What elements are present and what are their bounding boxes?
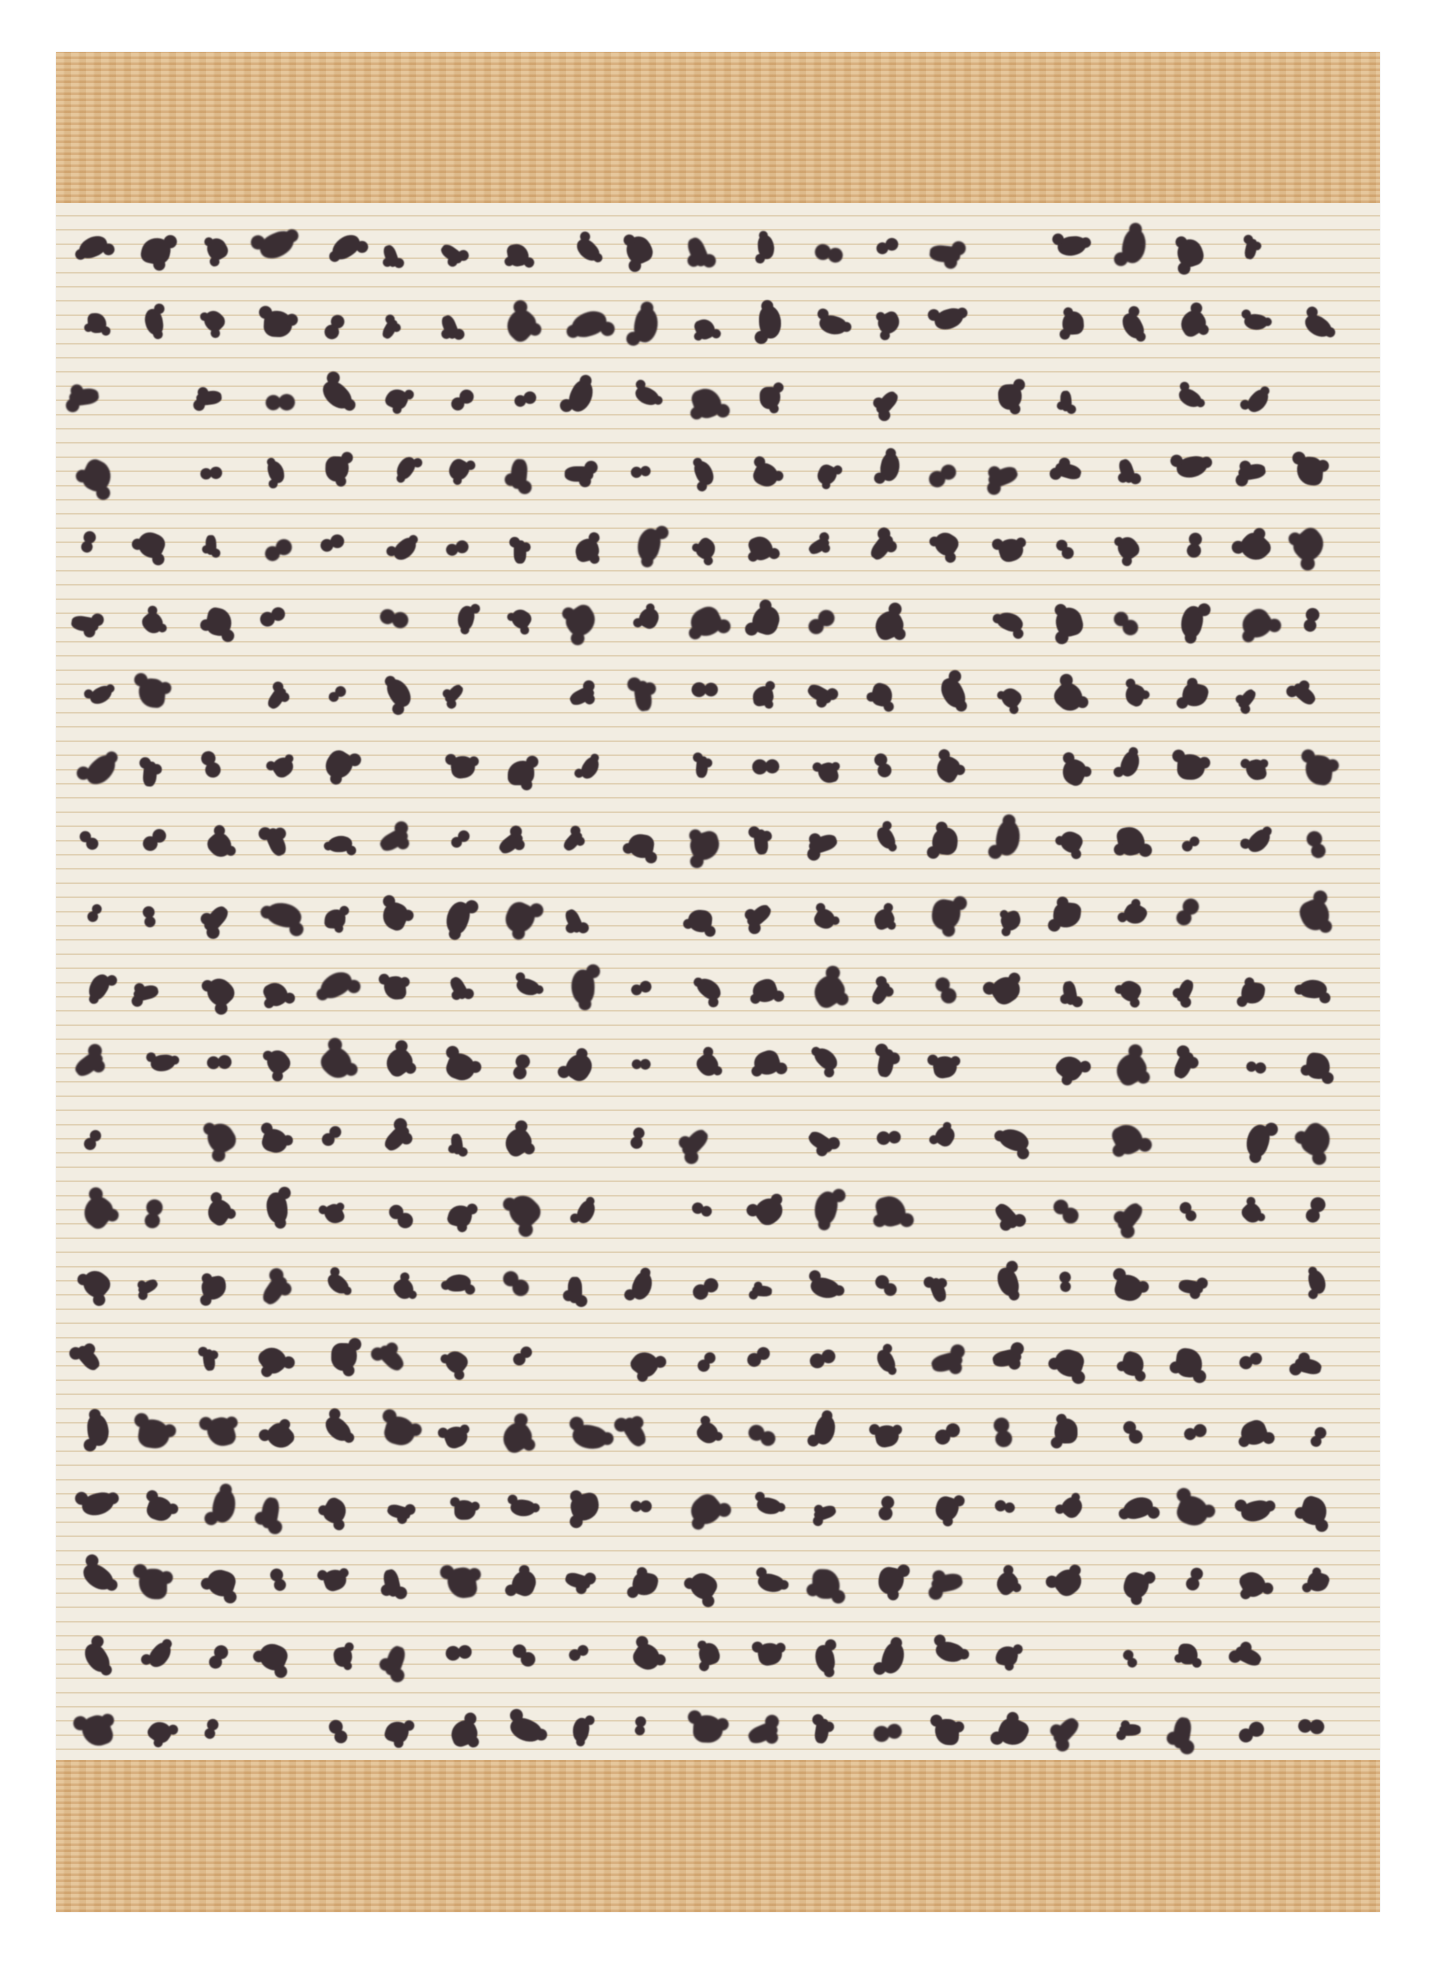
rug-spot	[811, 1044, 841, 1074]
rug-spot	[501, 1125, 537, 1160]
rug-spot	[811, 1189, 842, 1227]
rug-spot	[934, 1718, 959, 1745]
rug-spot	[1056, 828, 1085, 856]
rug-spot	[441, 1347, 471, 1376]
rug-spot	[1116, 978, 1144, 1005]
rug-spot	[196, 390, 223, 407]
rug-spot	[685, 1569, 720, 1604]
rug-spot	[1237, 1347, 1265, 1375]
rug-spot	[1238, 1418, 1271, 1449]
rug-spot	[871, 608, 908, 643]
rug-spot	[998, 684, 1025, 710]
rug-spot	[132, 984, 159, 1003]
rug-spot	[568, 1491, 602, 1523]
rug-spot	[806, 607, 835, 636]
rug-spot	[692, 1715, 723, 1743]
rug-spot	[502, 1270, 528, 1296]
rug-spot	[693, 974, 724, 1004]
rug-spot	[877, 1639, 908, 1676]
rug-spot	[869, 682, 895, 709]
rug-spot	[318, 375, 356, 414]
rug-spot	[634, 526, 665, 564]
rug-spot	[1296, 1119, 1336, 1160]
rug-spot	[1306, 1425, 1328, 1447]
rug-spot	[1179, 529, 1210, 560]
rug-spot	[381, 243, 400, 268]
rug-spot	[752, 1285, 772, 1297]
rug-spot	[874, 309, 902, 337]
rug-spot	[995, 608, 1026, 635]
rug-spot	[1121, 1495, 1155, 1521]
rug-spot	[139, 609, 167, 637]
rug-spot	[562, 1049, 597, 1084]
rug-spot	[503, 1189, 545, 1231]
rug-spot	[574, 1198, 600, 1226]
bottom-border-band	[56, 1760, 1380, 1912]
rug-spot	[876, 1047, 896, 1077]
rug-spot	[1171, 1050, 1196, 1081]
rug-spot	[137, 677, 166, 708]
rug-spot	[811, 1413, 839, 1447]
rug-spot	[390, 1275, 417, 1302]
rug-spot	[1243, 312, 1269, 331]
rug-spot	[1052, 901, 1082, 929]
rug-spot	[1113, 1272, 1146, 1304]
rug-spot	[697, 1352, 717, 1372]
rug-spot	[812, 906, 839, 932]
rug-spot	[328, 230, 364, 262]
rug-spot	[383, 1719, 411, 1746]
rug-spot	[142, 761, 158, 787]
rug-spot	[145, 1717, 175, 1746]
rug-spot	[696, 1641, 722, 1668]
rug-spot	[812, 1503, 837, 1522]
rug-spot	[322, 1126, 343, 1147]
rug-spot	[808, 1274, 842, 1302]
rug-spot	[446, 1566, 479, 1601]
rug-spot	[687, 909, 713, 933]
rug-spot	[81, 1640, 113, 1677]
rug-spot	[874, 824, 898, 851]
rug-spot	[382, 1568, 402, 1598]
rug-spot	[692, 458, 717, 488]
rug-spot	[636, 604, 662, 631]
rug-spot	[379, 899, 412, 933]
rug-spot	[78, 456, 116, 495]
rug-spot	[1061, 980, 1078, 1006]
rug-spot	[79, 830, 99, 850]
rug-spot	[1233, 1644, 1264, 1669]
rug-spot	[752, 685, 776, 708]
rug-spot	[993, 819, 1024, 858]
rug-spot	[633, 680, 653, 712]
rug-spot	[77, 1266, 113, 1302]
rug-spot	[1237, 605, 1276, 644]
rug-spot	[817, 312, 849, 338]
rug-spot	[205, 535, 216, 555]
rug-spot	[331, 1343, 357, 1371]
rug-spot	[1061, 311, 1084, 336]
rug-spot	[873, 1493, 903, 1523]
rug-spot	[455, 604, 477, 632]
rug-spot	[1121, 1570, 1152, 1602]
rug-spot	[994, 1714, 1031, 1750]
rug-spot	[139, 235, 172, 267]
rug-spot	[1054, 1199, 1079, 1224]
rug-spot	[320, 1495, 351, 1527]
rug-spot	[1058, 756, 1089, 788]
rug	[56, 52, 1380, 1912]
rug-spot	[749, 603, 783, 638]
rug-spot	[318, 529, 347, 558]
rug-spot	[874, 1123, 904, 1153]
rug-spot	[1176, 385, 1204, 412]
rug-spot	[512, 1643, 536, 1667]
rug-spot	[1305, 1570, 1331, 1595]
rug-spot	[685, 235, 711, 268]
rug-spot	[145, 1639, 176, 1671]
rug-spot	[756, 1571, 787, 1596]
rug-spot	[269, 753, 296, 780]
rug-spot	[442, 898, 474, 937]
rug-spot	[746, 533, 775, 563]
rug-spot	[507, 1713, 546, 1747]
rug-spot	[1295, 1710, 1327, 1742]
rug-spot	[570, 969, 595, 1005]
rug-spot	[996, 536, 1026, 564]
rug-spot	[77, 1192, 117, 1233]
rug-spot	[1182, 1566, 1209, 1593]
rug-spot	[622, 233, 656, 268]
rug-spot	[750, 460, 781, 490]
rug-spot	[76, 233, 110, 262]
rug-spot	[69, 387, 100, 407]
rug-spot	[497, 829, 526, 856]
rug-spot	[85, 903, 105, 923]
rug-spot	[876, 1565, 906, 1596]
rug-spot	[1172, 1717, 1193, 1750]
rug-spot	[324, 909, 346, 929]
rug-spot	[629, 1052, 653, 1076]
rug-spot	[204, 1415, 238, 1450]
rug-spot	[209, 1487, 240, 1525]
rug-spot	[321, 1566, 349, 1593]
rug-spot	[695, 756, 708, 779]
rug-spot	[1296, 456, 1324, 486]
rug-spot	[685, 1489, 726, 1530]
rug-spot	[1115, 1200, 1146, 1234]
rug-spot	[322, 1202, 346, 1227]
rug-spot	[744, 902, 773, 930]
rug-spot	[565, 466, 594, 481]
rug-spot	[749, 750, 783, 784]
rug-spot	[73, 1343, 102, 1373]
rug-spot	[450, 1133, 464, 1155]
rug-spot	[256, 228, 298, 263]
rug-spot	[807, 1344, 838, 1375]
rug-spot	[1119, 1350, 1146, 1378]
rug-spot	[816, 761, 840, 786]
rug-spot	[393, 453, 420, 481]
rug-spot	[1244, 758, 1268, 783]
rug-spot	[1176, 455, 1209, 480]
rug-spot	[75, 529, 101, 555]
rug-spot	[927, 460, 959, 492]
rug-spot	[628, 1269, 656, 1302]
rug-spot	[514, 540, 526, 563]
rug-spot	[444, 1051, 479, 1085]
rug-spot	[1238, 462, 1267, 481]
rug-spot	[87, 1414, 109, 1447]
rug-spot	[1114, 533, 1143, 562]
rug-spot	[992, 1201, 1021, 1231]
rug-spot	[382, 1644, 407, 1678]
rug-spot	[807, 833, 839, 857]
rug-spot	[383, 975, 407, 1001]
rug-spot	[202, 1119, 240, 1158]
rug-spot	[997, 384, 1022, 411]
rug-spot	[82, 1129, 104, 1151]
rug-spot	[628, 1714, 652, 1738]
rug-spot	[137, 1417, 172, 1450]
rug-spot	[759, 386, 780, 409]
rug-spot	[1119, 1648, 1140, 1669]
rug-spot	[328, 684, 348, 704]
rug-spot	[144, 1494, 175, 1524]
rug-spot	[691, 1274, 721, 1304]
rug-spot	[1115, 824, 1147, 857]
rug-spot	[689, 385, 725, 422]
rug-spot	[1237, 1567, 1269, 1600]
rug-spot	[930, 1572, 964, 1595]
rug-spot	[873, 233, 900, 260]
rug-spot	[875, 1275, 897, 1297]
rug-spot	[573, 536, 602, 563]
rug-spot	[197, 459, 224, 486]
rug-spot	[321, 747, 357, 784]
rug-spot	[205, 1644, 231, 1670]
rug-spot	[1053, 461, 1082, 482]
rug-spot	[569, 308, 610, 340]
rug-spot	[932, 753, 964, 785]
rug-spot	[875, 1347, 899, 1375]
rug-spot	[686, 603, 725, 641]
rug-spot	[262, 534, 294, 566]
rug-spot	[932, 1122, 958, 1148]
rug-spot	[937, 675, 968, 712]
rug-spot	[514, 976, 542, 1000]
rug-spot	[931, 1055, 958, 1080]
rug-spot	[570, 1421, 610, 1453]
rug-spot	[759, 306, 781, 339]
rug-spot	[929, 897, 962, 932]
rug-spot	[438, 242, 465, 266]
rug-spot	[200, 1717, 224, 1741]
rug-spot	[70, 615, 99, 634]
rug-spot	[931, 826, 959, 856]
rug-spot	[322, 314, 349, 341]
rug-spot	[995, 1266, 1022, 1299]
rug-spot	[1181, 833, 1201, 853]
rug-spot	[450, 828, 471, 849]
rug-spot	[1175, 978, 1196, 1005]
rug-spot	[150, 1054, 176, 1072]
rug-spot	[381, 1044, 417, 1079]
rug-spot	[137, 1278, 160, 1298]
rug-spot	[1301, 310, 1334, 342]
rug-spot	[81, 1490, 117, 1517]
rug-spot	[1054, 1418, 1077, 1443]
rug-spot	[1050, 1715, 1082, 1747]
rug-spot	[633, 383, 662, 409]
rug-spot	[1057, 235, 1087, 256]
rug-spot	[573, 235, 603, 265]
rug-spot	[564, 377, 598, 416]
rug-spot	[747, 1421, 778, 1452]
rug-spot	[746, 1719, 780, 1746]
rug-spot	[577, 754, 603, 781]
rug-spot	[1239, 1200, 1266, 1227]
rug-spot	[262, 383, 299, 420]
rug-spot	[1119, 310, 1147, 342]
rug-spot	[1306, 1269, 1327, 1296]
rug-spot	[317, 1042, 358, 1083]
rug-spot	[688, 674, 721, 707]
rug-spot	[933, 1494, 961, 1523]
rug-spot	[568, 1277, 583, 1304]
rug-spot	[561, 602, 601, 641]
rug-spot	[870, 906, 896, 931]
rug-spot	[1244, 238, 1259, 261]
rug-spot	[630, 1570, 659, 1597]
rug-spot	[932, 306, 965, 333]
rug-spot	[930, 975, 961, 1006]
spotted-field	[56, 203, 1380, 1760]
rug-spot	[136, 1197, 171, 1232]
rug-spot	[261, 978, 291, 1009]
rug-spot	[1298, 978, 1328, 1000]
rug-spot	[389, 534, 420, 563]
rug-spot	[506, 1052, 536, 1082]
rug-spot	[991, 1348, 1022, 1369]
rug-spot	[266, 1191, 288, 1223]
rug-spot	[1117, 748, 1143, 779]
rug-spot	[1300, 1195, 1329, 1224]
rug-spot	[934, 1420, 963, 1449]
rug-spot	[263, 1419, 298, 1454]
rug-spot	[1054, 538, 1076, 560]
rug-spot	[567, 684, 595, 707]
rug-spot	[928, 1276, 949, 1303]
rug-spot	[628, 1346, 663, 1380]
rug-spot	[72, 1049, 106, 1080]
rug-spot	[511, 385, 538, 412]
rug-spot	[454, 1500, 476, 1520]
rug-spot	[136, 904, 162, 930]
rug-spot	[630, 1640, 665, 1674]
rug-spot	[1049, 1564, 1085, 1600]
rug-spot	[449, 387, 474, 412]
rug-spot	[263, 826, 288, 858]
rug-spot	[377, 826, 410, 854]
rug-spot	[753, 829, 769, 855]
rug-spot	[79, 1559, 117, 1596]
rug-spot	[265, 685, 288, 711]
rug-spot	[930, 1350, 964, 1375]
rug-spot	[201, 904, 231, 935]
rug-spot	[1119, 1724, 1141, 1736]
rug-spot	[1120, 900, 1149, 928]
rug-spot	[874, 1193, 909, 1230]
rug-spot	[1298, 1494, 1330, 1528]
rug-spot	[442, 1423, 471, 1451]
rug-spot	[134, 528, 168, 561]
rug-spot	[1178, 1644, 1197, 1665]
rug-spot	[808, 971, 850, 1012]
rug-spot	[325, 1270, 352, 1298]
rug-spot	[256, 1342, 291, 1378]
rug-spot	[1177, 753, 1205, 779]
rug-spot	[375, 1343, 406, 1374]
rug-spot	[200, 1275, 228, 1302]
rug-spot	[628, 1493, 654, 1519]
rug-spot	[813, 1643, 836, 1674]
rug-spot	[1122, 682, 1148, 709]
rug-spot	[873, 388, 900, 417]
rug-spot	[447, 1717, 480, 1749]
rug-spot	[202, 1349, 216, 1372]
rug-spot	[1290, 681, 1318, 708]
rug-spot	[260, 1272, 291, 1307]
rug-spot	[1178, 1278, 1204, 1295]
rug-spot	[868, 531, 896, 562]
rug-spot	[203, 1196, 235, 1229]
rug-spot	[1288, 524, 1330, 566]
rug-spot	[440, 313, 461, 340]
rug-spot	[563, 907, 585, 934]
rug-spot	[1120, 1419, 1146, 1445]
rug-spot	[757, 234, 774, 259]
rug-spot	[263, 311, 293, 339]
rug-spot	[1175, 1347, 1205, 1379]
rug-spot	[806, 536, 830, 557]
rug-spot	[260, 1127, 291, 1156]
rug-spot	[561, 829, 584, 853]
rug-spot	[497, 1418, 536, 1456]
rug-spot	[194, 748, 227, 781]
rug-spot	[812, 237, 846, 271]
rug-spot	[933, 1639, 966, 1667]
rug-spot	[629, 975, 654, 1000]
rug-spot	[1060, 391, 1072, 412]
rug-spot	[203, 1047, 234, 1078]
rug-spot	[257, 602, 287, 632]
rug-spot	[751, 1193, 788, 1229]
rug-spot	[78, 1712, 115, 1751]
rug-spot	[1118, 226, 1149, 265]
rug-spot	[1181, 1418, 1209, 1446]
rug-spot	[383, 385, 411, 412]
rug-spot	[204, 1567, 238, 1600]
rug-spot	[1173, 1492, 1212, 1529]
rug-spot	[328, 836, 352, 852]
rug-spot	[1176, 306, 1210, 339]
rug-spot	[994, 1644, 1019, 1668]
rug-spot	[1296, 605, 1325, 634]
rug-spot	[506, 242, 531, 268]
rug-spot	[443, 534, 471, 562]
rug-spot	[1051, 1346, 1086, 1380]
